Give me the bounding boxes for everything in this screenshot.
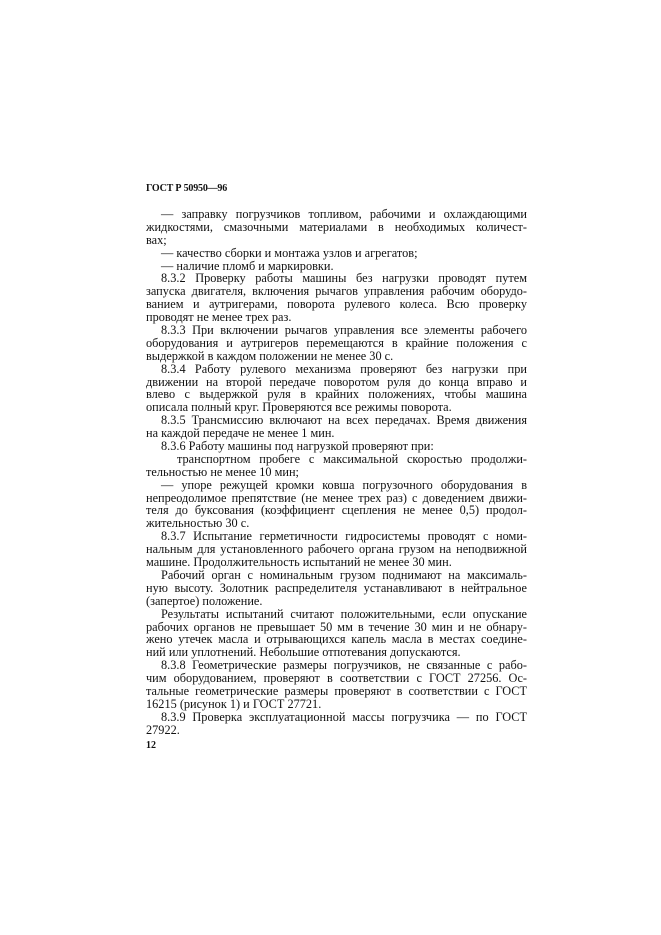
text-line: ную высоту. Золотник распределителя уста… [146,582,527,595]
page-number: 12 [146,740,527,752]
text-line: вах; [146,234,527,247]
text-line: 8.3.6 Работу машины под нагрузкой провер… [146,440,527,453]
section-8-3-text: — заправку погрузчиков топливом, рабочим… [146,208,527,737]
text-line: тельностью не менее 10 мин; [146,466,527,479]
text-line: Рабочий орган с номинальным грузом подни… [146,569,527,582]
text-line: транспортном пробеге с максимальной скор… [146,453,527,466]
text-line: 8.3.4 Работу рулевого механизма проверяю… [146,363,527,376]
text-line: 8.3.3 При включении рычагов управления в… [146,324,527,337]
text-line: — заправку погрузчиков топливом, рабочим… [146,208,527,221]
text-line: (запертое) положение. [146,595,527,608]
text-line: 16215 (рисунок 1) и ГОСТ 27721. [146,698,527,711]
text-line: Результаты испытаний считают положительн… [146,608,527,621]
text-line: 8.3.9 Проверка эксплуатационной массы по… [146,711,527,724]
text-line: жидкостями, смазочными материалами в нео… [146,221,527,234]
document-page: ГОСТ Р 50950—96 — заправку погрузчиков т… [146,183,527,752]
text-line: — качество сборки и монтажа узлов и агре… [146,247,527,260]
text-line: машине. Продолжительность испытаний не м… [146,556,527,569]
text-line: выдержкой в каждом положении не менее 30… [146,350,527,363]
text-line: — упоре режущей кромки ковша погрузочног… [146,479,527,492]
document-code-header: ГОСТ Р 50950—96 [146,183,527,195]
text-line: 27922. [146,724,527,737]
text-line: тальные геометрические размеры проверяют… [146,685,527,698]
text-line: оборудования и аутригеров перемещаются в… [146,337,527,350]
